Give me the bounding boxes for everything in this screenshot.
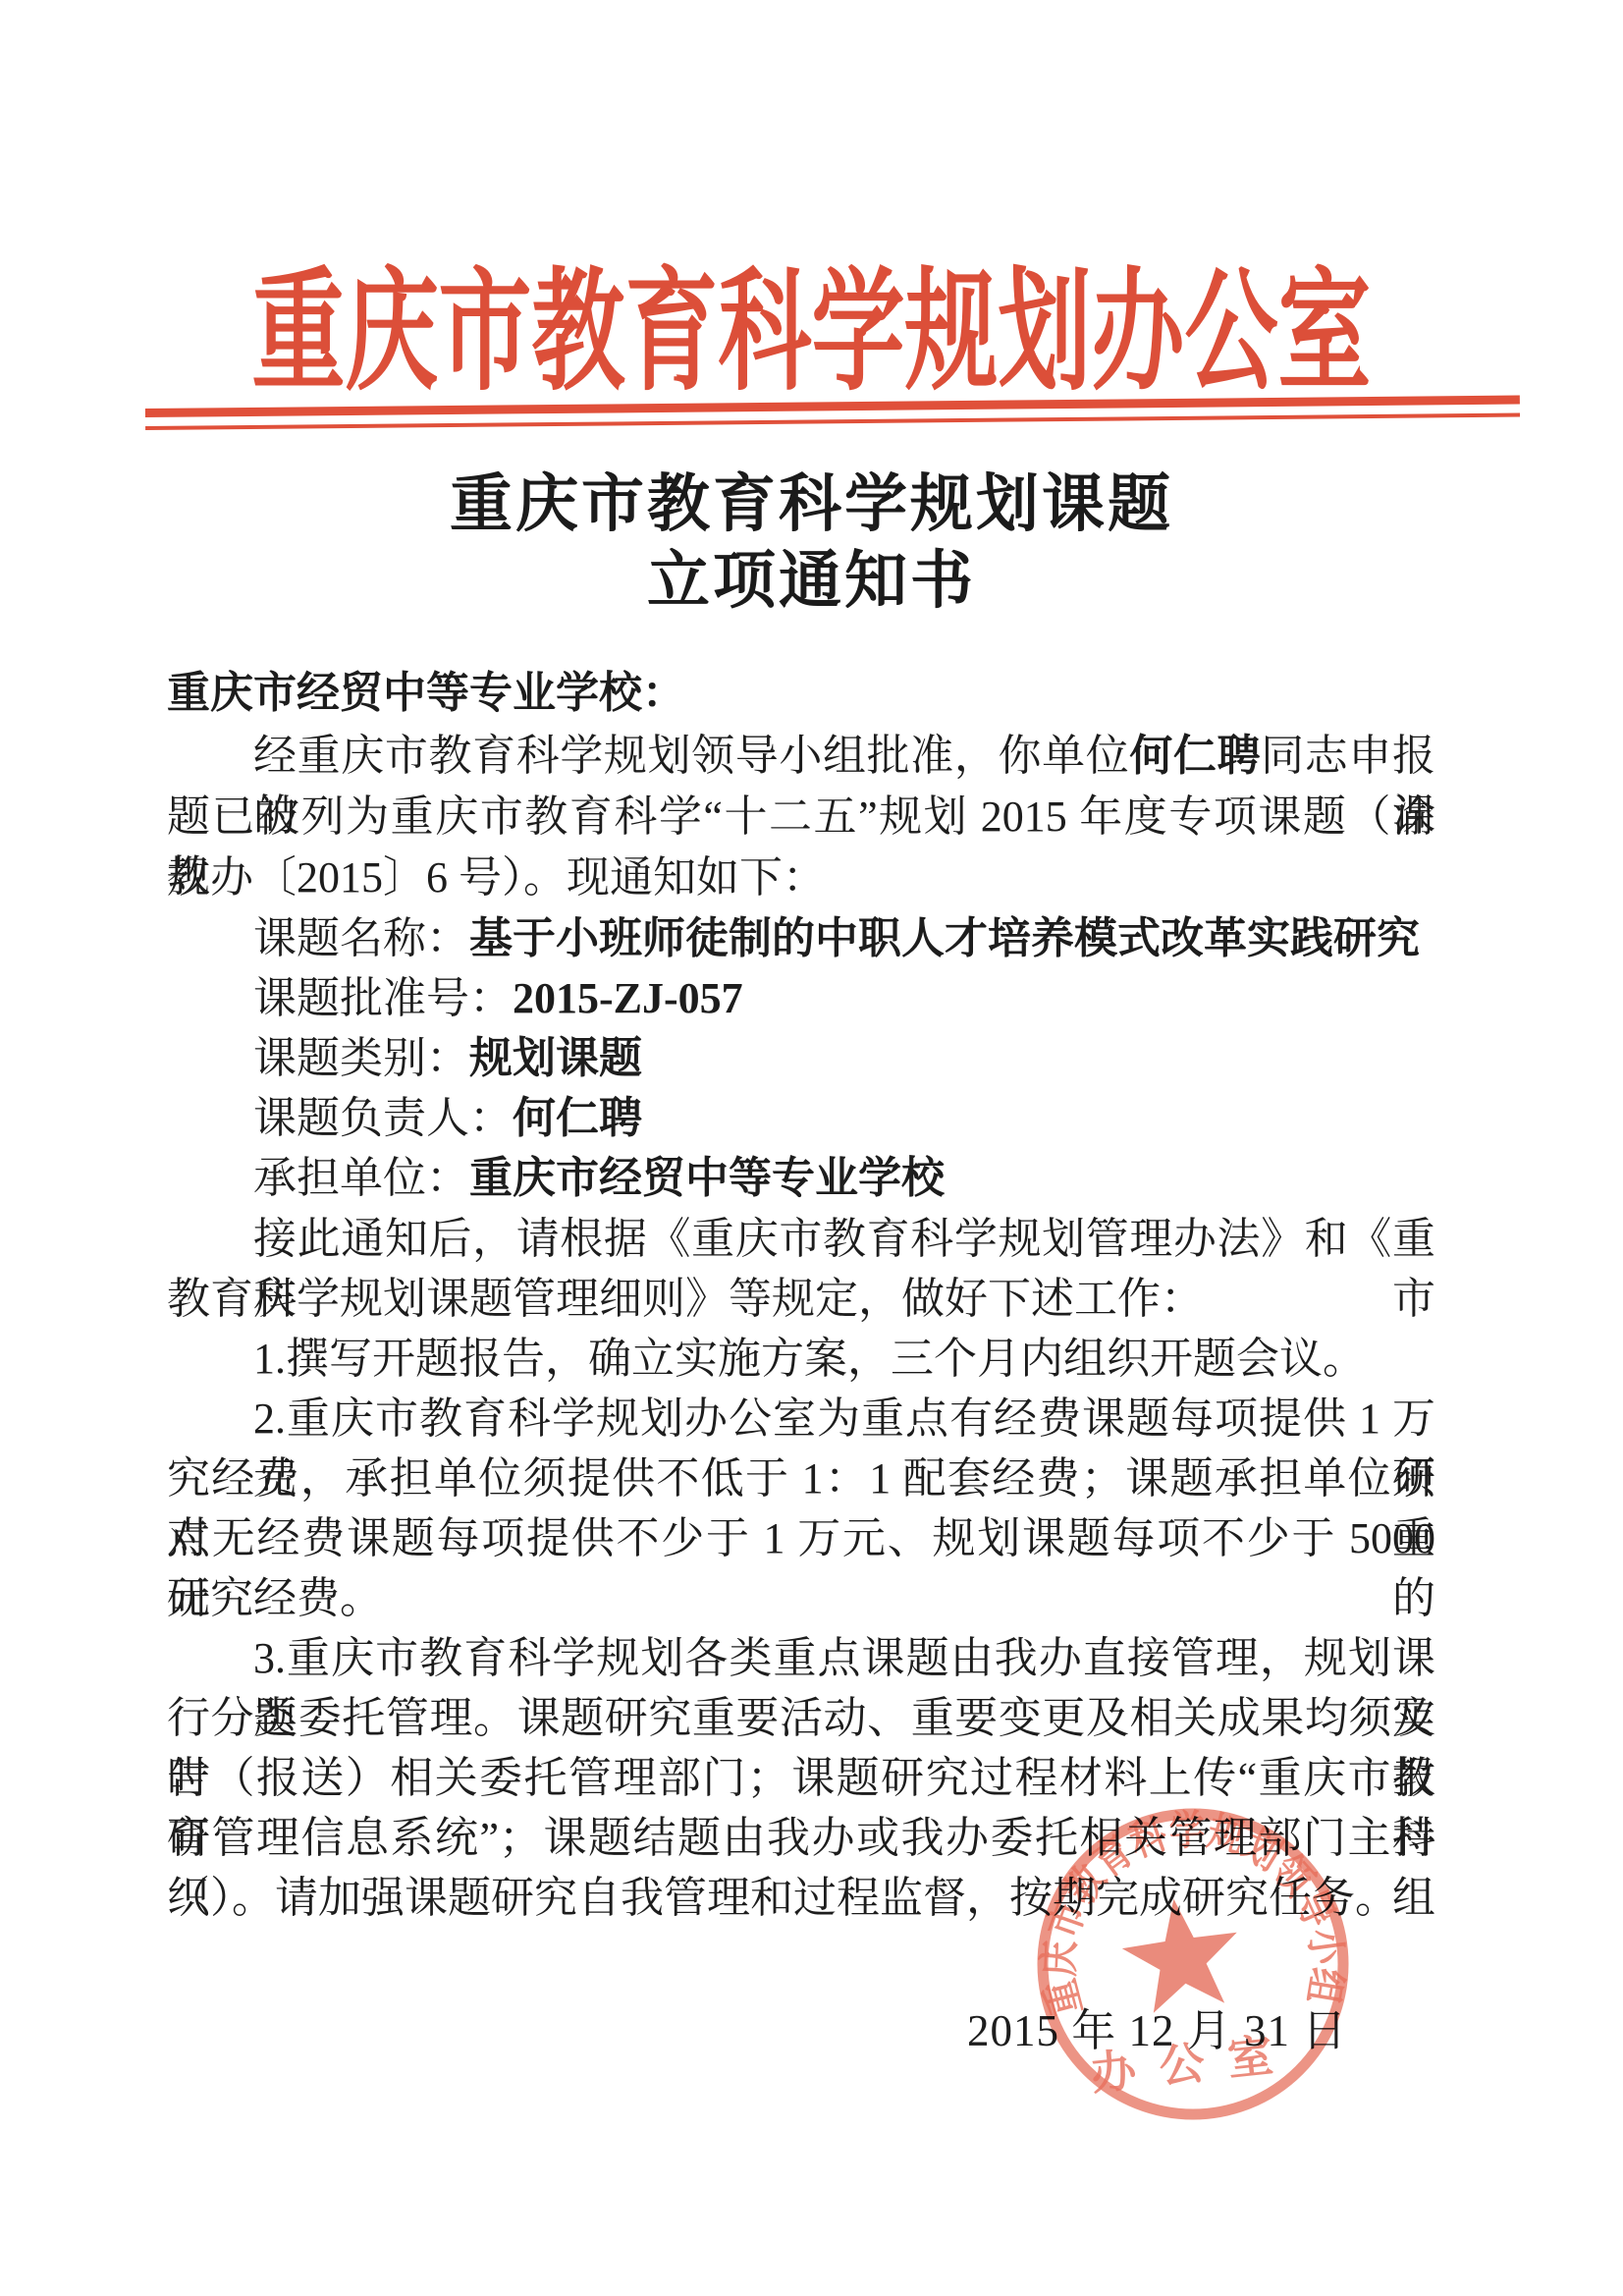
body-line-bold-text: 何仁聘 — [513, 1094, 642, 1142]
body-line: 规办〔2015〕6 号）。现通知如下： — [167, 847, 1435, 907]
body-line: 重庆市经贸中等专业学校： — [167, 663, 1435, 723]
official-seal: 重庆市教育科学规划领导小组 办公室 — [1016, 1787, 1370, 2141]
body-line: 经重庆市教育科学规划领导小组批准，你单位何仁聘同志申报的课 — [167, 726, 1435, 786]
body-line: 接此通知后，请根据《重庆市教育科学规划管理办法》和《重庆市 — [167, 1209, 1435, 1269]
body-line: 1.撰写开题报告，确立实施方案，三个月内组织开题会议。 — [167, 1329, 1435, 1389]
body-line-text: 经重庆市教育科学规划领导小组批准，你单位 — [253, 732, 1129, 780]
body-line: 3.重庆市教育科学规划各类重点课题由我办直接管理，规划课题实 — [167, 1628, 1435, 1688]
body-line: 研究经费。 — [167, 1568, 1435, 1628]
body-line-text: 1.撰写开题报告，确立实施方案，三个月内组织开题会议。 — [253, 1335, 1366, 1383]
body-line-text: 课题批准号： — [253, 974, 513, 1022]
body-line: 承担单位：重庆市经贸中等专业学校 — [167, 1148, 1435, 1208]
body-line-text: 课题名称： — [253, 914, 469, 962]
body-line-bold-text: 何仁聘 — [1129, 732, 1261, 780]
body-line: 教育科学规划课题管理细则》等规定，做好下述工作： — [167, 1269, 1435, 1329]
body-line-text: 课题负责人： — [253, 1094, 513, 1142]
body-line-text: 教育科学规划课题管理细则》等规定，做好下述工作： — [167, 1275, 1204, 1323]
document-page: 重庆市教育科学规划办公室 重庆市教育科学规划课题 立项通知书 重庆市经贸中等专业… — [0, 0, 1623, 2296]
red-rule-thin — [145, 413, 1520, 430]
body-line: 究经费，承担单位须提供不低于 1：1 配套经费；课题承担单位须对重 — [167, 1449, 1435, 1508]
body-line: 课题负责人：何仁聘 — [167, 1088, 1435, 1148]
body-line: 课题批准号：2015-ZJ-057 — [167, 968, 1435, 1028]
seal-ring-text: 重庆市教育科学规划领导小组 — [1036, 1807, 1349, 2020]
body-line: 点无经费课题每项提供不少于 1 万元、规划课题每项不少于 5000 元的 — [167, 1508, 1435, 1568]
body-line: 题已被列为重庆市教育科学“十二五”规划 2015 年度专项课题（渝教 — [167, 787, 1435, 847]
body-line-text: 研究经费。 — [167, 1574, 383, 1622]
body-line: 2.重庆市教育科学规划办公室为重点有经费课题每项提供 1 万元研 — [167, 1389, 1435, 1449]
doc-title-line2: 立项通知书 — [0, 530, 1623, 621]
letterhead-org-name: 重庆市教育科学规划办公室 — [0, 227, 1623, 416]
body-line-bold-text: 重庆市经贸中等专业学校 — [469, 1154, 945, 1202]
body-line: 课题类别：规划课题 — [167, 1028, 1435, 1088]
body-line: 行分类委托管理。课题研究重要活动、重要变更及相关成果均须及时报 — [167, 1688, 1435, 1748]
body-line-text: 课题类别： — [253, 1034, 469, 1082]
body-line-bold-text: 2015-ZJ-057 — [513, 974, 743, 1022]
body-line-bold-text: 规划课题 — [469, 1034, 642, 1082]
body-line-bold-text: 基于小班师徒制的中职人才培养模式改革实践研究 — [469, 914, 1420, 962]
body-line: 课题名称：基于小班师徒制的中职人才培养模式改革实践研究 — [167, 908, 1435, 968]
body-line-bold-text: 重庆市经贸中等专业学校： — [167, 669, 685, 717]
body-line-text: 规办〔2015〕6 号）。现通知如下： — [167, 853, 826, 902]
seal-star-icon — [1116, 1890, 1246, 2016]
body-line-text: 承担单位： — [253, 1154, 469, 1202]
